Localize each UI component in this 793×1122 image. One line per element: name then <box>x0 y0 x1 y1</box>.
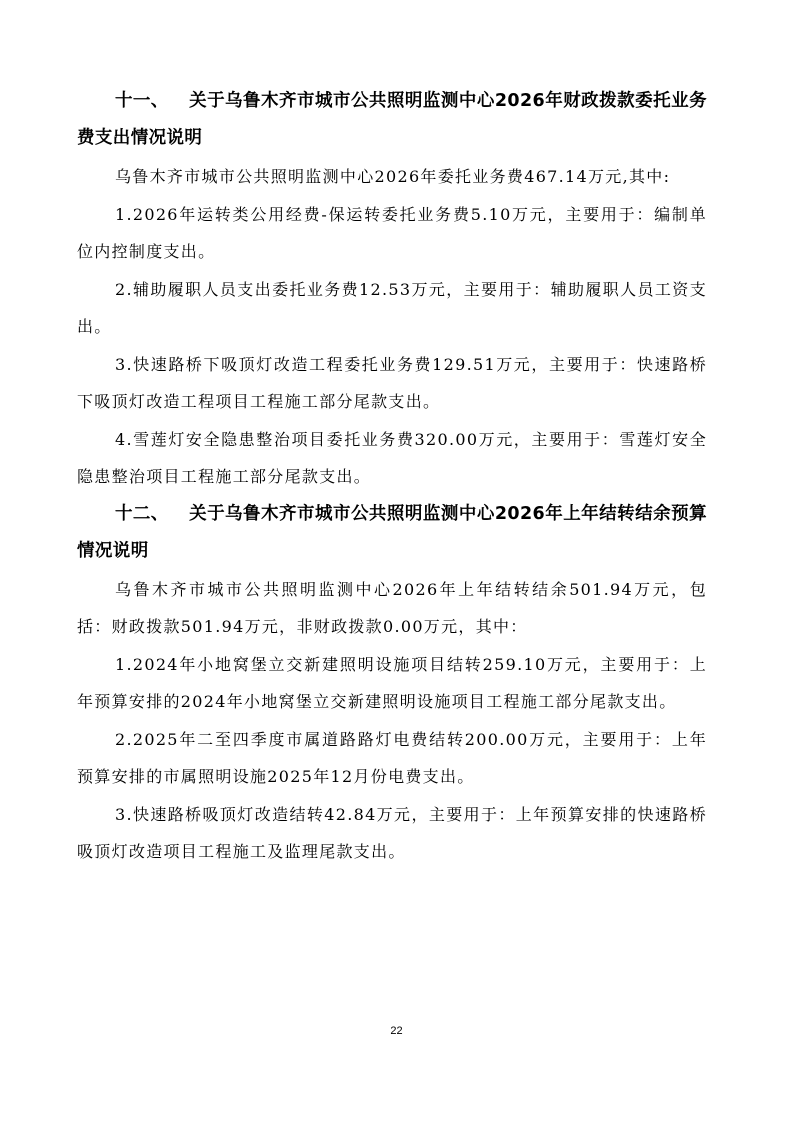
section-number: 十二、 <box>115 496 189 533</box>
page-number: 22 <box>0 1025 793 1037</box>
section-eleven: 十一、关于乌鲁木齐市城市公共照明监测中心2026年财政拨款委托业务费支出情况说明… <box>77 83 707 496</box>
document-page: 十一、关于乌鲁木齐市城市公共照明监测中心2026年财政拨款委托业务费支出情况说明… <box>77 83 707 871</box>
section-number: 十一、 <box>115 83 189 120</box>
section-heading: 十一、关于乌鲁木齐市城市公共照明监测中心2026年财政拨款委托业务费支出情况说明 <box>77 83 707 157</box>
paragraph-item-3: 3.快速路桥吸顶灯改造结转42.84万元，主要用于：上年预算安排的快速路桥吸顶灯… <box>77 796 707 871</box>
paragraph-item-2: 2.辅助履职人员支出委托业务费12.53万元，主要用于：辅助履职人员工资支出。 <box>77 271 707 346</box>
section-heading: 十二、关于乌鲁木齐市城市公共照明监测中心2026年上年结转结余预算情况说明 <box>77 496 707 570</box>
paragraph-item-1: 1.2026年运转类公用经费-保运转委托业务费5.10万元，主要用于：编制单位内… <box>77 196 707 271</box>
paragraph-summary: 乌鲁木齐市城市公共照明监测中心2026年委托业务费467.14万元,其中: <box>77 158 707 196</box>
paragraph-item-2: 2.2025年二至四季度市属道路路灯电费结转200.00万元，主要用于：上年预算… <box>77 721 707 796</box>
paragraph-item-1: 1.2024年小地窝堡立交新建照明设施项目结转259.10万元，主要用于：上年预… <box>77 646 707 721</box>
paragraph-summary: 乌鲁木齐市城市公共照明监测中心2026年上年结转结余501.94万元，包括：财政… <box>77 571 707 646</box>
paragraph-item-4: 4.雪莲灯安全隐患整治项目委托业务费320.00万元，主要用于：雪莲灯安全隐患整… <box>77 421 707 496</box>
paragraph-item-3: 3.快速路桥下吸顶灯改造工程委托业务费129.51万元，主要用于：快速路桥下吸顶… <box>77 346 707 421</box>
section-twelve: 十二、关于乌鲁木齐市城市公共照明监测中心2026年上年结转结余预算情况说明 乌鲁… <box>77 496 707 871</box>
